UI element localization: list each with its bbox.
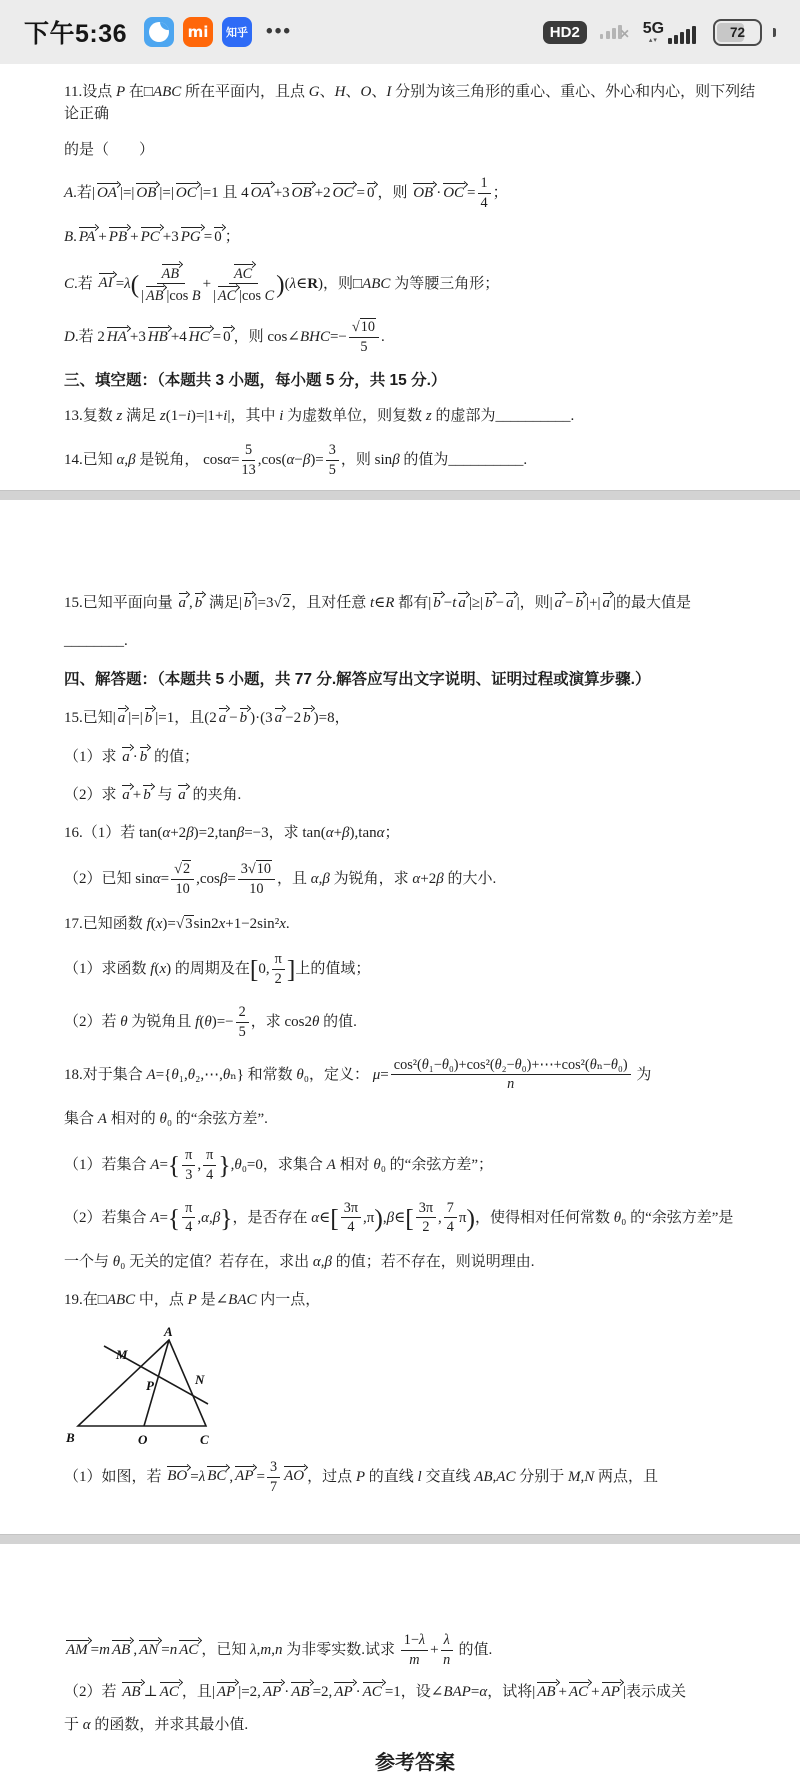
text-line: 一个与 θ₀ 无关的定值？若存在，求出 α,β 的值；若不存在，则说明理由.: [64, 1252, 766, 1274]
status-bar: 下午5:36 mi 知乎 ••• HD2 ✕ 5G ▴▾ 72: [0, 0, 800, 64]
page-1-lines: 11.设点 P 在□ABC 所在平面内，且点 G、H、O、I 分别为该三角形的重…: [64, 82, 766, 479]
document-page-1: 11.设点 P 在□ABC 所在平面内，且点 G、H、O、I 分别为该三角形的重…: [0, 64, 800, 490]
point-label-M: M: [115, 1347, 128, 1362]
battery-percent-label: 72: [730, 25, 745, 40]
document-view[interactable]: 11.设点 P 在□ABC 所在平面内，且点 G、H、O、I 分别为该三角形的重…: [0, 64, 800, 1778]
more-notifications-icon: •••: [266, 21, 292, 43]
vertex-label-B: B: [65, 1430, 75, 1445]
text-line: （2）若 AB⊥AC，且|AP|=2,AP·AB=2,AP·AC=1，设∠BAP…: [64, 1681, 766, 1704]
battery-nub: [773, 28, 776, 37]
document-page-2: 15.已知平面向量 a,b 满足|b|=32，且对任意 t∈R 都有|b−ta|…: [0, 500, 800, 1534]
text-line: 于 α 的函数，并求其最小值.: [64, 1715, 766, 1737]
text-line: ________.: [64, 631, 766, 653]
triangle-figure: A M P N B O C: [56, 1326, 766, 1455]
point-label-N: N: [194, 1372, 205, 1387]
text-line: 17.已知函数 f(x)=3sin2x+1−2sin²x.: [64, 914, 766, 936]
messaging-app-icon: [144, 17, 174, 47]
vertex-label-C: C: [200, 1432, 209, 1447]
text-line: 集合 A 相对的 θ₀ 的“余弦方差”.: [64, 1109, 766, 1131]
sim2-network-icon: 5G ▴▾: [643, 21, 696, 44]
page-2-lines-after-figure: （1）如图，若 BO=λBC,AP=37AO，过点 P 的直线 l 交直线 AB…: [64, 1459, 766, 1496]
text-line: 11.设点 P 在□ABC 所在平面内，且点 G、H、O、I 分别为该三角形的重…: [64, 82, 766, 126]
zhihu-app-icon: 知乎: [222, 17, 252, 47]
page-2-lines: 15.已知平面向量 a,b 满足|b|=32，且对任意 t∈R 都有|b−ta|…: [64, 592, 766, 1312]
text-line: 三、填空题：（本题共 3 小题，每小题 5 分，共 15 分.）: [64, 370, 766, 392]
battery-indicator: 72: [713, 19, 762, 46]
point-label-P: P: [146, 1378, 155, 1393]
text-line: （1）若集合 A={π3,π4},θ₀=0，求集合 A 相对 θ₀ 的“余弦方差…: [64, 1147, 766, 1184]
vertex-label-A: A: [163, 1326, 173, 1339]
text-line: 16.（1）若 tan(α+2β)=2,tanβ=−3，求 tan(α+β),t…: [64, 823, 766, 845]
text-line: 14.已知 α,β 是锐角， cosα=513,cos(α−β)=35，则 si…: [64, 442, 766, 479]
page-separator: [0, 1534, 800, 1544]
text-line: A.若|OA|=|OB|=|OC|=1 且 4OA+3OB+2OC=0，则 OB…: [64, 175, 766, 212]
text-line: （2）求 a+b 与 a 的夹角.: [64, 784, 766, 807]
clock: 下午5:36: [24, 14, 127, 50]
text-line: B.PA+PB+PC+3PG=0；: [64, 226, 766, 249]
sim2-signal-bars-icon: [668, 26, 696, 44]
text-line: 18.对于集合 A={θ₁,θ₂,⋯,θₙ} 和常数 θ₀，定义： μ=cos²…: [64, 1057, 766, 1094]
text-line: 四、解答题：（本题共 5 小题，共 77 分.解答应写出文字说明、证明过程或演算…: [64, 669, 766, 691]
text-line: 19.在□ABC 中，点 P 是∠BAC 内一点，: [64, 1290, 766, 1312]
text-line: （2）若集合 A={π4,α,β}，是否存在 α∈[3π4,π),β∈[3π2,…: [64, 1200, 766, 1237]
text-line: 15.已知平面向量 a,b 满足|b|=32，且对任意 t∈R 都有|b−ta|…: [64, 592, 766, 615]
text-line: C.若 AI=λ(AB|AB|cos B+AC|AC|cos C)(λ∈R)，则…: [64, 263, 766, 306]
text-line: （1）求 a·b 的值；: [64, 746, 766, 769]
hd-voice-badge: HD2: [543, 21, 587, 44]
no-signal-x-icon: ✕: [620, 27, 630, 41]
text-line: （1）如图，若 BO=λBC,AP=37AO，过点 P 的直线 l 交直线 AB…: [64, 1459, 766, 1496]
text-line: 13.复数 z 满足 z(1−i)=|1+i|，其中 i 为虚数单位，则复数 z…: [64, 406, 766, 428]
triangle-outline: [78, 1340, 206, 1426]
xiaomi-app-icon: mi: [183, 17, 213, 47]
text-line: D.若 2HA+3HB+4HC=0，则 cos∠BHC=−105.: [64, 319, 766, 356]
text-line: （2）若 θ 为锐角且 f(θ)=−25，求 cos2θ 的值.: [64, 1004, 766, 1041]
text-line: 的是（ ）: [64, 140, 766, 162]
page-separator: [0, 490, 800, 500]
point-label-O: O: [138, 1432, 148, 1447]
text-line: 15.已知|a|=|b|=1，且(2a−b)·(3a−2b)=8，: [64, 707, 766, 730]
sim1-signal-icon: ✕: [600, 25, 622, 39]
text-line: AM=mAB,AN=nAC，已知 λ,m,n 为非零实数.试求 1−λm+λn …: [64, 1632, 766, 1669]
text-line: 参考答案: [64, 1749, 766, 1778]
network-type-label: 5G: [643, 21, 664, 37]
data-arrows-icon: ▴▾: [649, 37, 658, 44]
moon-icon: [149, 22, 169, 42]
text-line: （1）求函数 f(x) 的周期及在[0,π2]上的值域；: [64, 951, 766, 988]
page-3-lines: AM=mAB,AN=nAC，已知 λ,m,n 为非零实数.试求 1−λm+λn …: [64, 1632, 766, 1778]
document-page-3: AM=mAB,AN=nAC，已知 λ,m,n 为非零实数.试求 1−λm+λn …: [0, 1544, 800, 1778]
text-line: （2）已知 sinα=210,cosβ=31010，且 α,β 为锐角，求 α+…: [64, 861, 766, 898]
